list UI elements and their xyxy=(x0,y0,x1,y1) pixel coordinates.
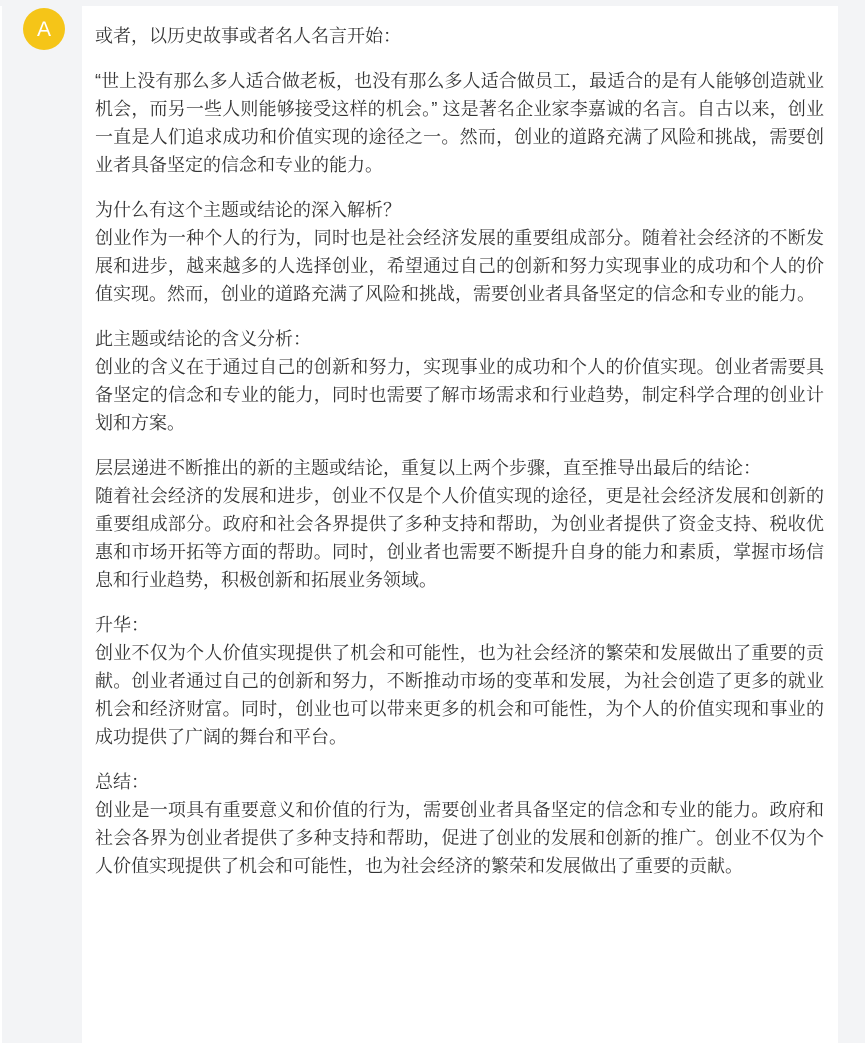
assistant-avatar: A xyxy=(23,8,65,50)
assistant-message-row: A 或者，以历史故事或者名人名言开始：“世上没有那么多人适合做老板，也没有那么多… xyxy=(0,6,865,1043)
message-paragraph: 或者，以历史故事或者名人名言开始： xyxy=(95,22,824,50)
message-paragraph: 为什么有这个主题或结论的深入解析？ 创业作为一种个人的行为，同时也是社会经济发展… xyxy=(95,196,824,308)
message-paragraph: “世上没有那么多人适合做老板，也没有那么多人适合做员工，最适合的是有人能够创造就… xyxy=(95,67,824,179)
message-paragraph: 此主题或结论的含义分析： 创业的含义在于通过自己的创新和努力，实现事业的成功和个… xyxy=(95,325,824,437)
avatar-gutter: A xyxy=(2,6,82,1043)
message-paragraph: 升华： 创业不仅为个人价值实现提供了机会和可能性，也为社会经济的繁荣和发展做出了… xyxy=(95,611,824,751)
assistant-message-content: 或者，以历史故事或者名人名言开始：“世上没有那么多人适合做老板，也没有那么多人适… xyxy=(82,6,838,1043)
message-paragraph: 层层递进不断推出的新的主题或结论，重复以上两个步骤，直至推导出最后的结论： 随着… xyxy=(95,454,824,594)
message-paragraph: 总结： 创业是一项具有重要意义和价值的行为，需要创业者具备坚定的信念和专业的能力… xyxy=(95,768,824,880)
page-right-margin xyxy=(838,6,865,1043)
